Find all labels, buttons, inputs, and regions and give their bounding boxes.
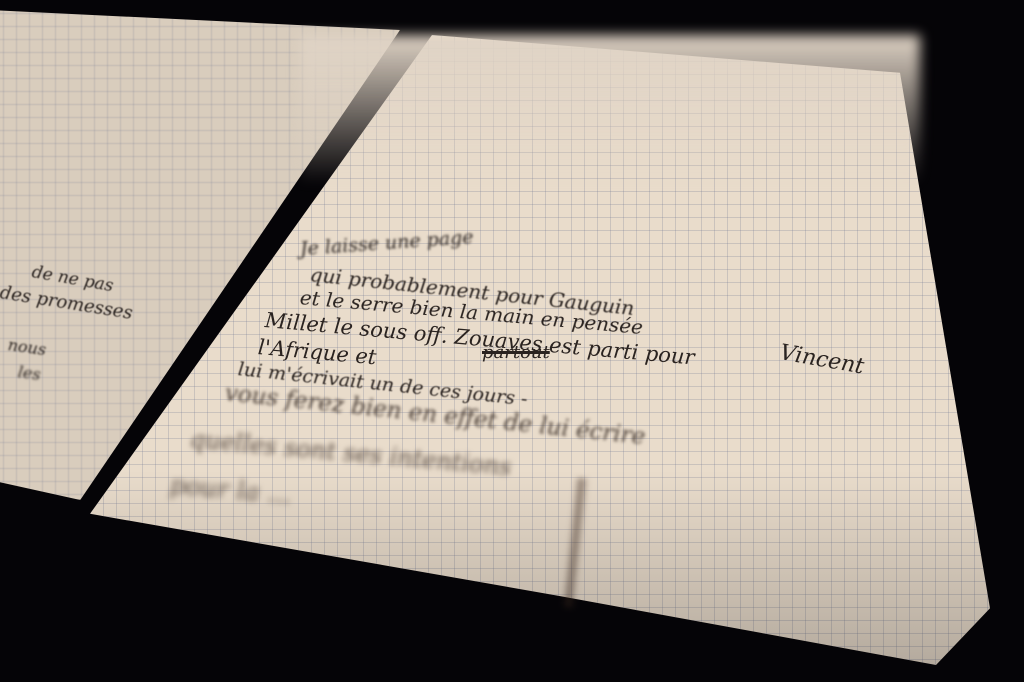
struck-through-word: partout bbox=[482, 342, 550, 363]
photo-scene: de ne pas des promesses nous les Je lais… bbox=[0, 0, 1024, 682]
handwriting-line: nous bbox=[7, 335, 48, 359]
handwriting-line: les bbox=[17, 362, 42, 384]
